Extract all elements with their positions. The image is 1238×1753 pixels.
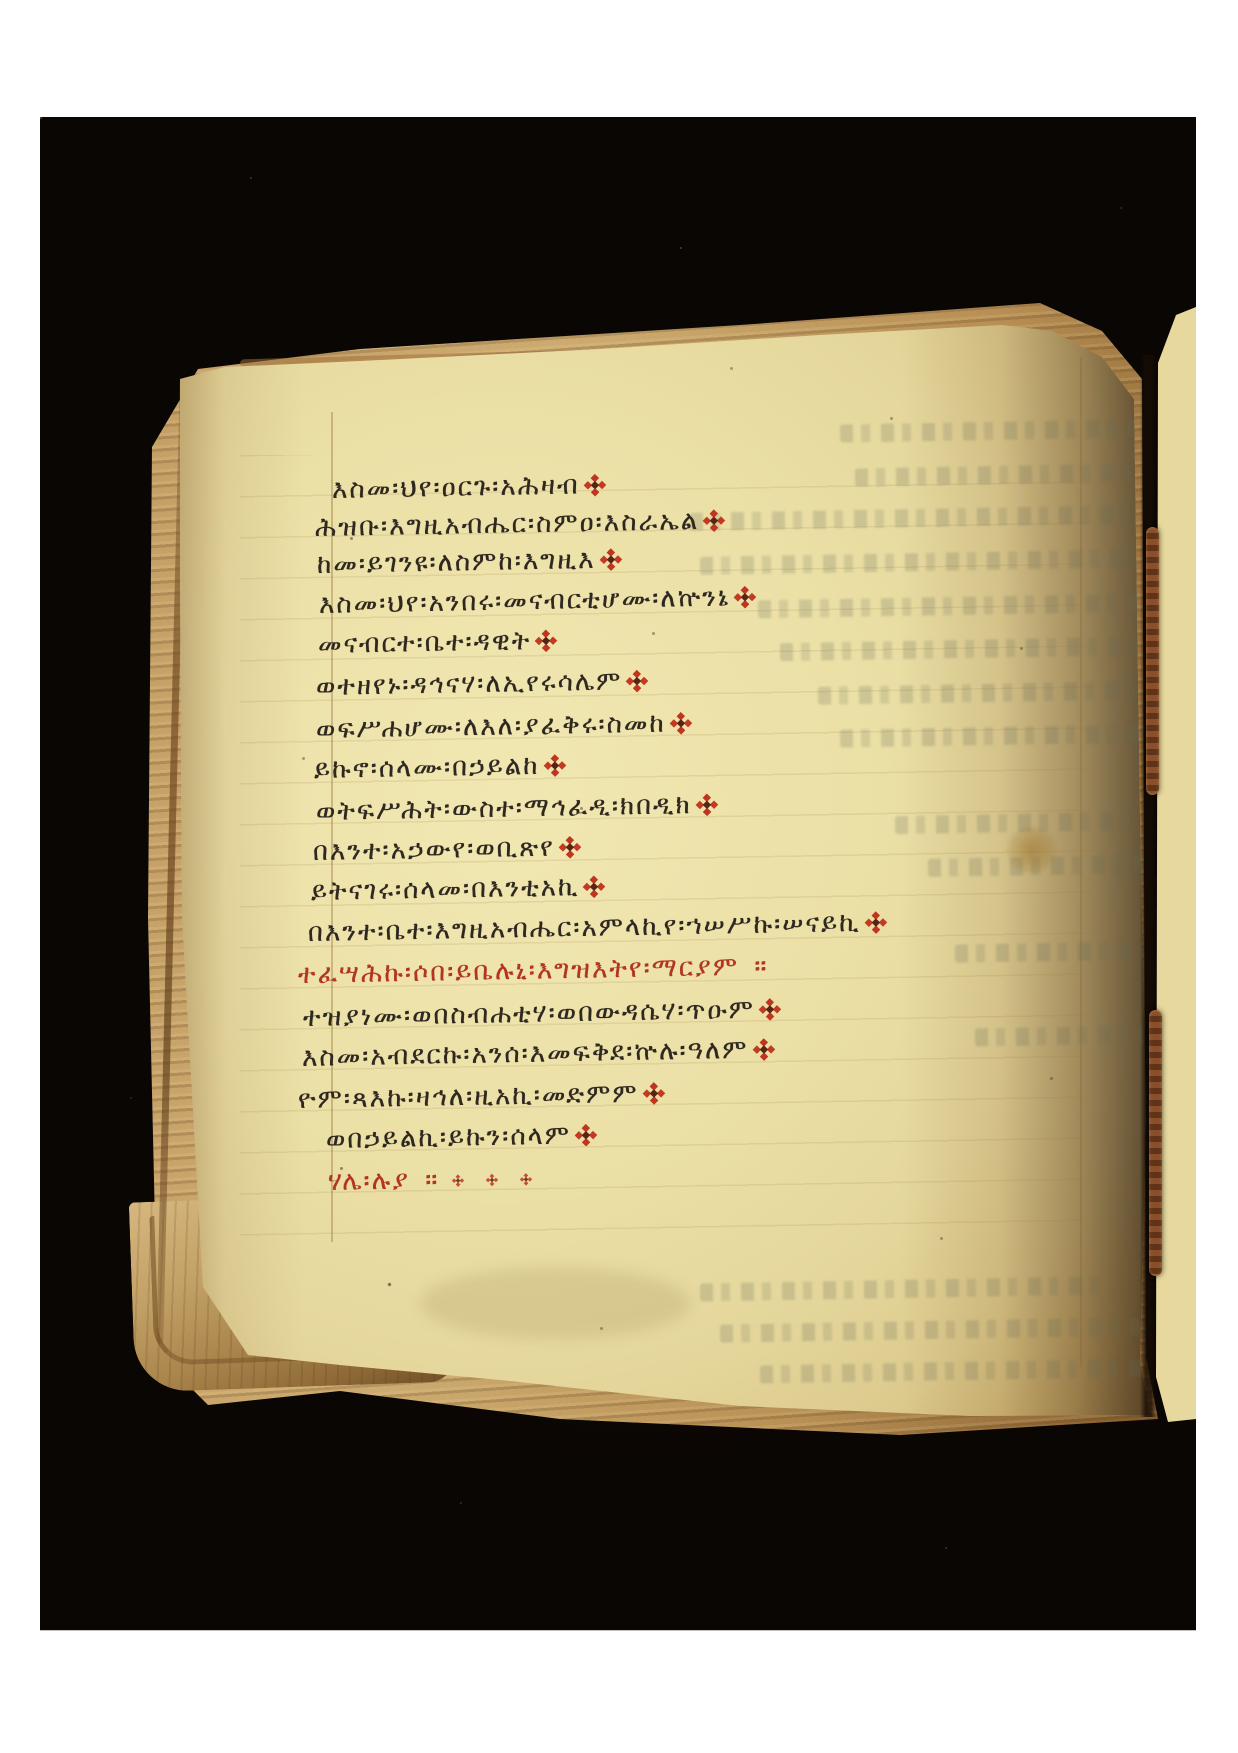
- red-cross-mark-icon: [702, 800, 710, 808]
- text-line-3-text: ከመ፡ይገንዩ፡ለስምከ፡እግዚእ: [317, 545, 596, 580]
- dust-specks: [40, 117, 42, 119]
- text-line-18-rubric: ሃሌ፡ሉያ ።: [328, 1163, 542, 1197]
- text-line-11-text: ይትናገሩ፡ሰላመ፡በእንቲአኪ: [311, 872, 580, 907]
- red-cross-mark-icon: [759, 1045, 767, 1053]
- text-line-17-text: ወበኃይልኪ፡ይኩን፡ሰላም: [326, 1121, 572, 1155]
- text-line-18-text: ሃሌ፡ሉያ ።: [328, 1165, 440, 1197]
- text-line-10: በእንተ፡አኃውየ፡ወቢጽየ: [313, 832, 581, 867]
- manuscript-photo: እስመ፡ህየ፡ዐርጉ፡አሕዛብ ሕዝቡ፡እግዚአብሔር፡ስምዐ፡እስራኤል ከመ…: [40, 117, 1196, 1630]
- text-line-3: ከመ፡ይገንዩ፡ለስምከ፡እግዚእ: [317, 544, 622, 580]
- bleedthrough-row: [955, 941, 1150, 962]
- smudge-stain: [420, 1267, 690, 1339]
- small-red-cross-mark-icon: [456, 1178, 461, 1183]
- bleedthrough-row: [975, 1025, 1150, 1046]
- text-line-6: ወተዘየኑ፡ዳኅናሃ፡ለኢየሩሳሌም: [316, 666, 649, 702]
- red-cross-mark-icon: [871, 918, 879, 926]
- red-cross-mark-icon: [741, 592, 749, 600]
- text-line-5: መናብርተ፡ቤተ፡ዳዊት: [318, 626, 558, 660]
- small-red-cross-mark-icon: [524, 1177, 529, 1182]
- text-line-17: ወበኃይልኪ፡ይኩን፡ሰላም: [326, 1120, 598, 1155]
- binding-stitch-upper: [1146, 527, 1159, 795]
- red-cross-mark-icon: [590, 882, 598, 890]
- red-cross-mark-icon: [590, 480, 598, 488]
- scanned-photo-canvas: እስመ፡ህየ፡ዐርጉ፡አሕዛብ ሕዝቡ፡እግዚአብሔር፡ስምዐ፡እስራኤል ከመ…: [0, 0, 1238, 1753]
- text-line-6-text: ወተዘየኑ፡ዳኅናሃ፡ለኢየሩሳሌም: [316, 666, 623, 702]
- text-line-5-text: መናብርተ፡ቤተ፡ዳዊት: [318, 626, 532, 660]
- red-cross-mark-icon: [766, 1005, 774, 1013]
- text-line-1-text: እስመ፡ህየ፡ዐርጉ፡አሕዛብ: [332, 470, 580, 505]
- red-cross-mark-icon: [710, 516, 718, 524]
- red-cross-mark-icon: [550, 761, 558, 769]
- text-line-7-text: ወፍሥሐሆሙ፡ለእለ፡ያፈቅሩ፡ስመከ: [316, 709, 666, 745]
- red-cross-mark-icon: [633, 676, 641, 684]
- red-cross-mark-icon: [542, 636, 550, 644]
- binding-stitch-lower: [1149, 1010, 1162, 1276]
- red-cross-mark-icon: [676, 719, 684, 727]
- red-cross-mark-icon: [582, 1130, 590, 1138]
- text-line-8: ይኩኖ፡ሰላሙ፡በኃይልከ: [314, 750, 566, 785]
- text-line-8-text: ይኩኖ፡ሰላሙ፡በኃይልከ: [314, 751, 540, 785]
- text-line-10-text: በእንተ፡አኃውየ፡ወቢጽየ: [313, 833, 555, 867]
- small-red-cross-mark-icon: [490, 1177, 495, 1182]
- text-line-16-text: ዮም፡ጻእኩ፡ዛኅለ፡ዚአኪ፡መድምም: [298, 1079, 639, 1115]
- red-cross-mark-icon: [649, 1089, 657, 1097]
- red-cross-mark-icon: [566, 843, 574, 851]
- text-line-1: እስመ፡ህየ፡ዐርጉ፡አሕዛብ: [332, 470, 606, 505]
- red-cross-mark-icon: [606, 555, 614, 563]
- text-line-11: ይትናገሩ፡ሰላመ፡በእንቲአኪ: [311, 872, 606, 907]
- ink-stain: [1005, 827, 1059, 873]
